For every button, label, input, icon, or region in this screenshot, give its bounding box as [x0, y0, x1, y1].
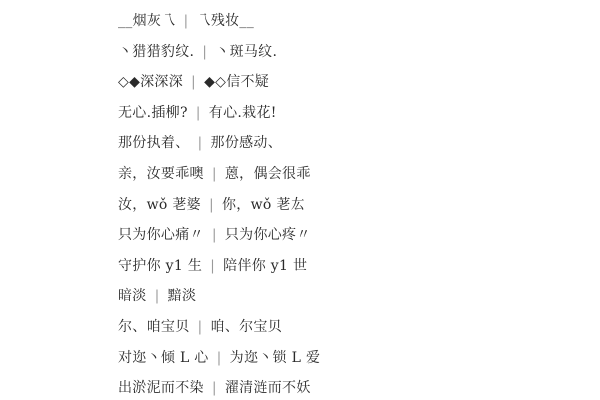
list-item: 无心.插柳?|有心.栽花!	[118, 98, 320, 129]
line-right-text: 为迩丶锁 L 爱	[230, 350, 321, 366]
line-left-text: 尔、咱宝贝	[118, 319, 190, 335]
separator: |	[184, 6, 189, 37]
list-item: 亲，汝要乖噢|蒽，偶会很乖	[118, 159, 320, 190]
separator: |	[209, 190, 214, 221]
separator: |	[155, 281, 160, 312]
list-item: 汝，wǒ 荖婆|你，wǒ 荖厷	[118, 190, 320, 221]
separator: |	[196, 98, 201, 129]
line-left-text: 出淤泥而不染	[118, 380, 204, 396]
separator: |	[198, 312, 203, 343]
line-left-text: 丶猎猎豹纹.	[118, 44, 194, 60]
line-left-text: 无心.插柳?	[118, 105, 188, 121]
list-item: 暗淡|黯淡	[118, 281, 320, 312]
list-item: 出淤泥而不染|濯清涟而不妖	[118, 373, 320, 400]
line-right-text: 咱、尔宝贝	[211, 319, 283, 335]
separator: |	[212, 159, 217, 190]
list-item: __烟灰乁|乁残妆__	[118, 6, 320, 37]
line-right-text: 黯淡	[168, 288, 197, 304]
separator: |	[212, 220, 217, 251]
line-left-text: 守护你 y1 生	[118, 258, 202, 274]
line-left-text: 亲，汝要乖噢	[118, 166, 204, 182]
list-item: 对迩丶倾 L 心|为迩丶锁 L 爱	[118, 343, 320, 374]
separator: |	[217, 343, 222, 374]
line-right-text: 有心.栽花!	[209, 105, 277, 121]
list-item: ◇◆深深深|◆◇信不疑	[118, 67, 320, 98]
line-right-text: 你，wǒ 荖厷	[222, 197, 305, 213]
line-right-text: 丶斑马纹.	[215, 44, 277, 60]
separator: |	[210, 251, 215, 282]
line-right-text: 蒽，偶会很乖	[225, 166, 311, 182]
line-right-text: 只为你心疼〃	[225, 227, 311, 243]
separator: |	[212, 373, 217, 400]
line-left-text: 暗淡	[118, 288, 147, 304]
list-item: 丶猎猎豹纹.|丶斑马纹.	[118, 37, 320, 68]
separator: |	[191, 67, 196, 98]
separator: |	[202, 37, 207, 68]
line-right-text: 陪伴你 y1 世	[223, 258, 307, 274]
couple-name-list: __烟灰乁|乁残妆__ 丶猎猎豹纹.|丶斑马纹. ◇◆深深深|◆◇信不疑 无心.…	[118, 6, 320, 400]
line-right-text: 乁残妆__	[197, 13, 255, 29]
list-item: 尔、咱宝贝|咱、尔宝贝	[118, 312, 320, 343]
line-left-text: 对迩丶倾 L 心	[118, 350, 209, 366]
line-left-text: 只为你心痛〃	[118, 227, 204, 243]
separator: |	[198, 128, 203, 159]
line-left-text: ◇◆深深深	[118, 74, 183, 90]
line-left-text: 那份执着、	[118, 135, 190, 151]
list-item: 那份执着、|那份感动、	[118, 128, 320, 159]
line-left-text: __烟灰乁	[118, 13, 176, 29]
line-right-text: ◆◇信不疑	[204, 74, 269, 90]
list-item: 只为你心痛〃|只为你心疼〃	[118, 220, 320, 251]
list-item: 守护你 y1 生|陪伴你 y1 世	[118, 251, 320, 282]
document-page: __烟灰乁|乁残妆__ 丶猎猎豹纹.|丶斑马纹. ◇◆深深深|◆◇信不疑 无心.…	[0, 0, 600, 400]
line-left-text: 汝，wǒ 荖婆	[118, 197, 201, 213]
line-right-text: 那份感动、	[211, 135, 283, 151]
line-right-text: 濯清涟而不妖	[225, 380, 311, 396]
